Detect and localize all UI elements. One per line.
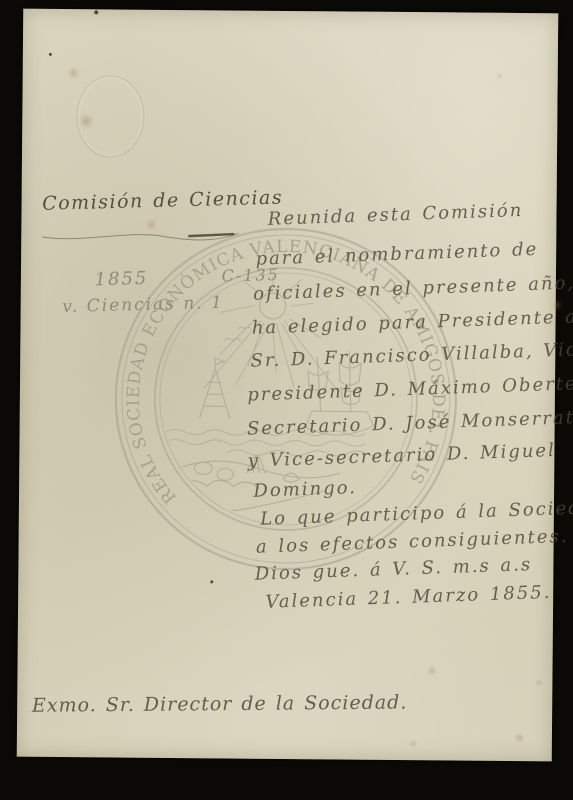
stain — [145, 220, 157, 230]
seal-birds-icon — [224, 327, 250, 341]
letter-body: Reunida esta Comisión para el nombramien… — [23, 9, 558, 14]
body-line: Domingo. — [253, 475, 357, 505]
ink-speck — [210, 580, 213, 583]
annotation-reference: v. Ciencias n. 1 — [62, 293, 224, 317]
stain — [497, 73, 503, 79]
stain — [553, 299, 562, 311]
stain — [514, 733, 525, 743]
stain — [410, 740, 417, 747]
annotation-year: 1855 — [94, 268, 148, 290]
ink-speck — [94, 10, 98, 14]
stain — [535, 679, 542, 686]
stain — [78, 113, 94, 129]
scan-background: REAL SOCIEDAD ECONÓMICA VALENCIANA DE AM… — [0, 0, 573, 800]
body-line: Reunida esta Comisión — [267, 198, 523, 233]
stain — [68, 67, 80, 79]
header-flourish — [38, 225, 243, 247]
stain — [427, 666, 436, 675]
ink-speck — [49, 53, 52, 56]
footer-address: Exmo. Sr. Director de la Sociedad. — [32, 692, 408, 717]
document-page: REAL SOCIEDAD ECONÓMICA VALENCIANA DE AM… — [17, 9, 559, 762]
header-title: Comisión de Ciencias — [42, 187, 283, 215]
